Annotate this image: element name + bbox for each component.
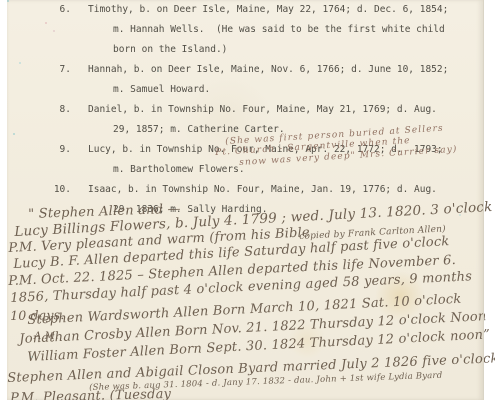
paper-sheet: 6.Timothy, b. on Deer Isle, Maine, May 2… [7,0,483,400]
typed-entry-line: 7.Hannah, b. on Deer Isle, Maine, Nov. 6… [7,64,483,84]
typed-entry-line: 8.Daniel, b. in Township No. Four, Maine… [7,104,483,124]
handwritten-line: P.M. Pleasant. (Tuesday [10,387,171,400]
typed-genealogy-list: 6.Timothy, b. on Deer Isle, Maine, May 2… [7,4,483,224]
entry-number: 10. [47,184,71,195]
entry-text: 29, 1857; m. Catherine Carter. [113,124,285,135]
typed-entry-continuation-line: m. Samuel Howard. [7,84,483,104]
entry-text: Isaac, b. in Township No. Four, Maine, J… [88,184,437,195]
entry-text: Daniel, b. in Township No. Four, Maine, … [88,104,437,115]
typed-entry-line: 10.Isaac, b. in Township No. Four, Maine… [7,184,483,204]
entry-text: m. Bartholomew Flowers. [113,164,245,175]
entry-text: Timothy, b. on Deer Isle, Maine, May 22,… [88,4,448,15]
entry-number: 6. [47,4,71,15]
entry-number: 7. [47,64,71,75]
scan-artifact-specks [7,0,9,2]
paper-right-edge [483,0,484,400]
typed-entry-continuation-line: m. Hannah Wells. (He was said to be the … [7,24,483,44]
typed-entry-line: 6.Timothy, b. on Deer Isle, Maine, May 2… [7,4,483,24]
entry-text: born on the Island.) [113,44,227,55]
entry-number: 8. [47,104,71,115]
scanned-document-screenshot: 6.Timothy, b. on Deer Isle, Maine, May 2… [0,0,495,400]
typed-entry-continuation-line: born on the Island.) [7,44,483,64]
entry-number: 9. [47,144,71,155]
entry-text: m. Samuel Howard. [113,84,210,95]
entry-text: Hannah, b. on Deer Isle, Maine, Nov. 6, … [88,64,448,75]
entry-text: m. Hannah Wells. (He was said to be the … [113,24,445,35]
